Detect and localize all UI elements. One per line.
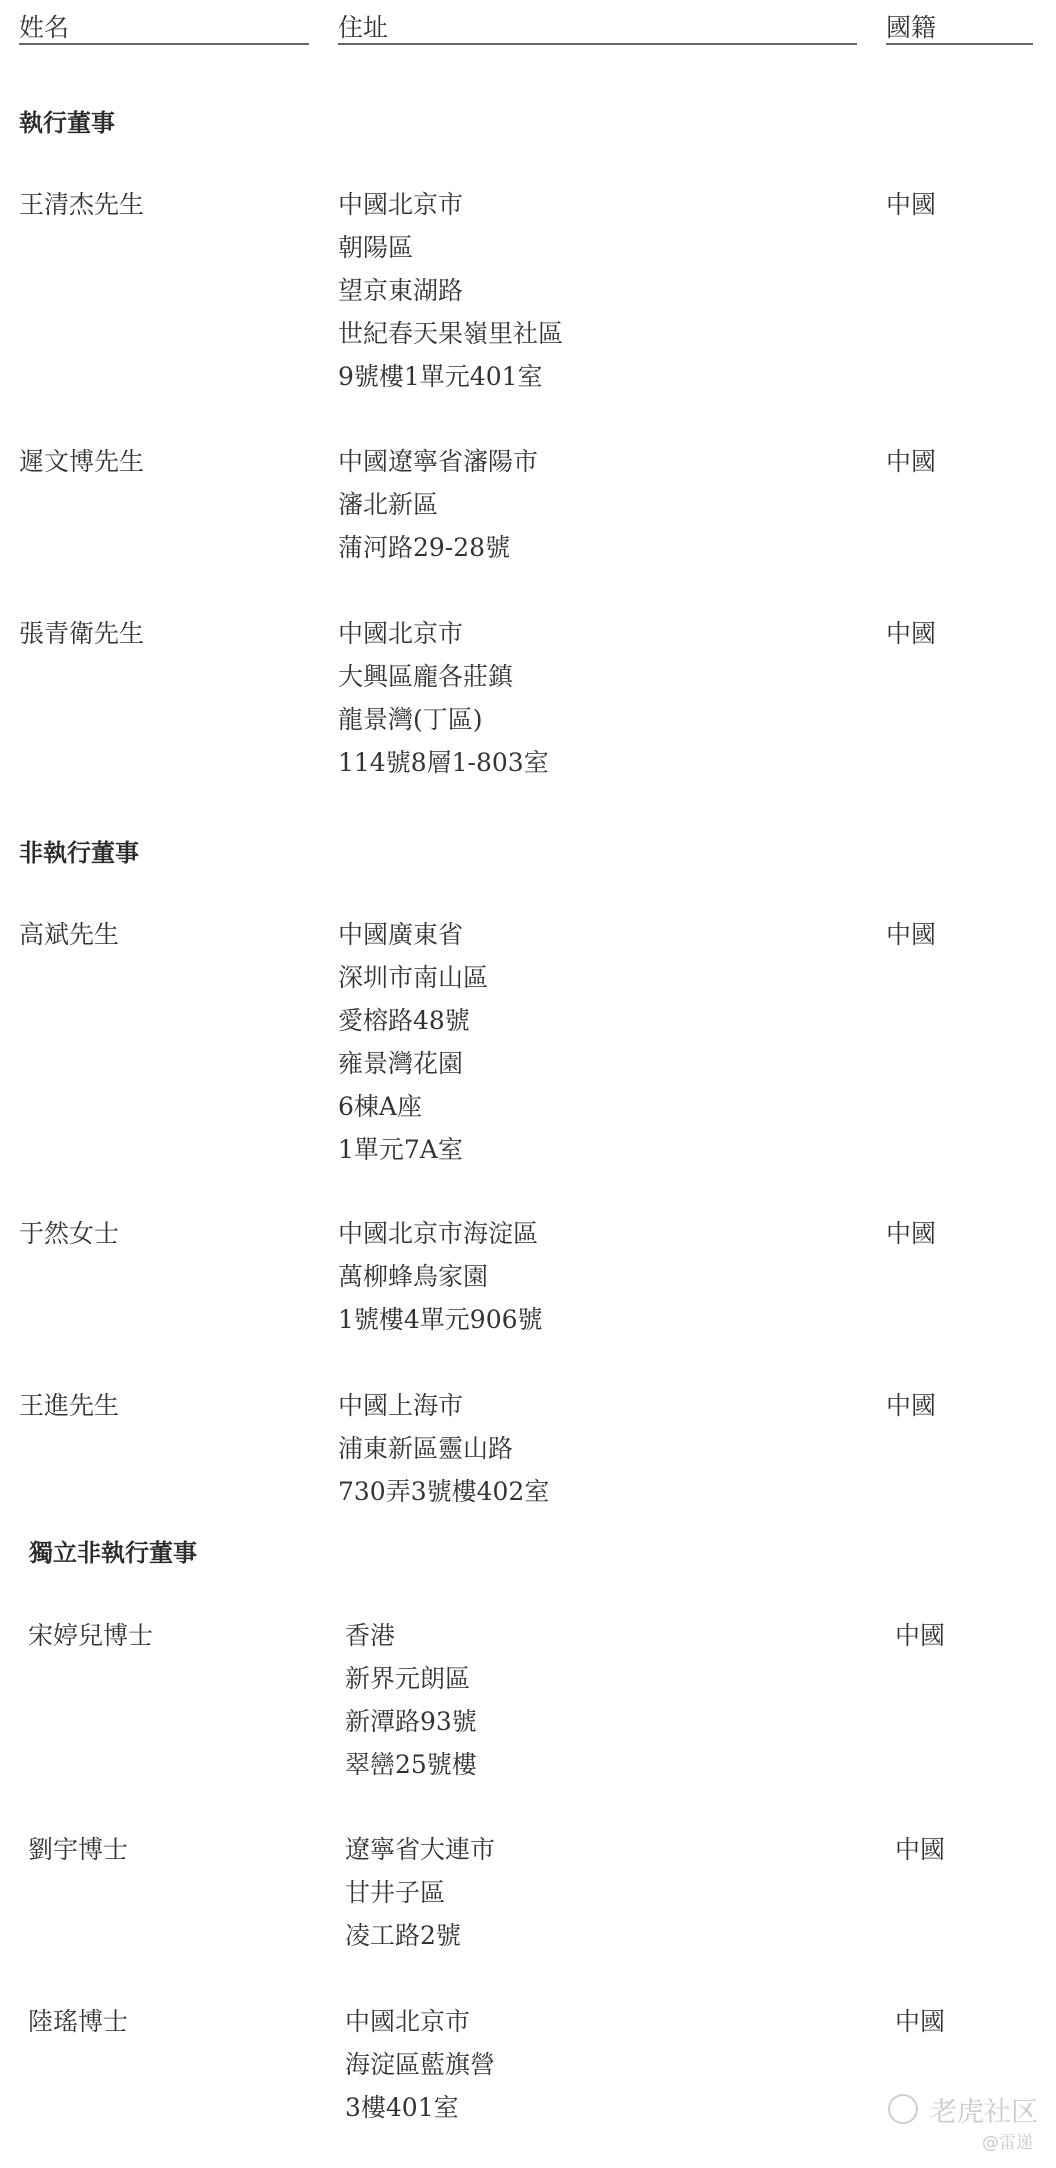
address-line: 114號8層1-803室	[338, 741, 549, 784]
address-line: 大興區龐各莊鎮	[338, 655, 549, 698]
address-line: 6棟A座	[338, 1085, 488, 1128]
address-line: 9號樓1單元401室	[338, 355, 563, 398]
director-address: 中國上海市 浦東新區靈山路 730弄3號樓402室	[338, 1384, 549, 1513]
header-rule-address	[338, 43, 857, 45]
director-address: 遼寧省大連市 甘井子區 凌工路2號	[345, 1828, 495, 1957]
director-name: 王清杰先生	[19, 183, 144, 226]
address-line: 蒲河路29-28號	[338, 526, 538, 569]
address-line: 雍景灣花園	[338, 1042, 488, 1085]
director-address: 中國北京市 海淀區藍旗營 3樓401室	[345, 2000, 495, 2129]
director-name: 王進先生	[19, 1384, 119, 1427]
address-line: 中國遼寧省瀋陽市	[338, 440, 538, 483]
address-line: 1號樓4單元906號	[338, 1298, 543, 1341]
director-name: 張青衛先生	[19, 612, 144, 655]
address-line: 新潭路93號	[345, 1700, 477, 1743]
director-nationality: 中國	[895, 1614, 945, 1657]
section-title-non-executive-directors: 非執行董事	[19, 833, 139, 868]
address-line: 望京東湖路	[338, 269, 563, 312]
address-line: 世紀春天果嶺里社區	[338, 312, 563, 355]
address-line: 朝陽區	[338, 226, 563, 269]
column-header-address: 住址	[338, 8, 388, 44]
director-nationality: 中國	[886, 183, 936, 226]
director-name: 宋婷兒博士	[28, 1614, 153, 1657]
director-address: 中國北京市海淀區 萬柳蜂鳥家園 1號樓4單元906號	[338, 1212, 543, 1341]
director-nationality: 中國	[886, 612, 936, 655]
director-address: 中國遼寧省瀋陽市 瀋北新區 蒲河路29-28號	[338, 440, 538, 569]
director-name: 于然女士	[19, 1212, 119, 1255]
column-header-nationality: 國籍	[886, 8, 936, 44]
header-rule-name	[19, 43, 309, 45]
director-address: 中國廣東省 深圳市南山區 愛榕路48號 雍景灣花園 6棟A座 1單元7A室	[338, 913, 488, 1171]
address-line: 深圳市南山區	[338, 956, 488, 999]
director-address: 中國北京市 大興區龐各莊鎮 龍景灣(丁區) 114號8層1-803室	[338, 612, 549, 784]
address-line: 中國北京市海淀區	[338, 1212, 543, 1255]
section-title-independent-non-executive-directors: 獨立非執行董事	[29, 1533, 197, 1568]
address-line: 愛榕路48號	[338, 999, 488, 1042]
column-header-name: 姓名	[19, 8, 69, 44]
watermark-author: @雷递	[982, 2128, 1033, 2153]
director-address: 中國北京市 朝陽區 望京東湖路 世紀春天果嶺里社區 9號樓1單元401室	[338, 183, 563, 398]
address-line: 海淀區藍旗營	[345, 2043, 495, 2086]
address-line: 浦東新區靈山路	[338, 1427, 549, 1470]
address-line: 龍景灣(丁區)	[338, 698, 549, 741]
director-nationality: 中國	[895, 2000, 945, 2043]
director-name: 陸瑤博士	[28, 2000, 128, 2043]
director-nationality: 中國	[886, 440, 936, 483]
address-line: 萬柳蜂鳥家園	[338, 1255, 543, 1298]
director-nationality: 中國	[886, 1384, 936, 1427]
director-address: 香港 新界元朗區 新潭路93號 翠巒25號樓	[345, 1614, 477, 1786]
address-line: 新界元朗區	[345, 1657, 477, 1700]
address-line: 瀋北新區	[338, 483, 538, 526]
address-line: 翠巒25號樓	[345, 1743, 477, 1786]
header-rule-nationality	[886, 43, 1033, 45]
tiger-community-logo-icon	[888, 2094, 918, 2124]
address-line: 中國北京市	[338, 612, 549, 655]
address-line: 730弄3號樓402室	[338, 1470, 549, 1513]
address-line: 1單元7A室	[338, 1128, 488, 1171]
director-name: 高斌先生	[19, 913, 119, 956]
director-nationality: 中國	[886, 913, 936, 956]
address-line: 凌工路2號	[345, 1914, 495, 1957]
address-line: 遼寧省大連市	[345, 1828, 495, 1871]
watermark-brand: 老虎社区	[930, 2090, 1038, 2129]
address-line: 中國北京市	[345, 2000, 495, 2043]
address-line: 3樓401室	[345, 2086, 495, 2129]
director-nationality: 中國	[886, 1212, 936, 1255]
address-line: 中國北京市	[338, 183, 563, 226]
section-title-executive-directors: 執行董事	[19, 103, 115, 138]
director-nationality: 中國	[895, 1828, 945, 1871]
director-name: 劉宇博士	[28, 1828, 128, 1871]
address-line: 甘井子區	[345, 1871, 495, 1914]
address-line: 中國廣東省	[338, 913, 488, 956]
address-line: 香港	[345, 1614, 477, 1657]
director-name: 遲文博先生	[19, 440, 144, 483]
address-line: 中國上海市	[338, 1384, 549, 1427]
